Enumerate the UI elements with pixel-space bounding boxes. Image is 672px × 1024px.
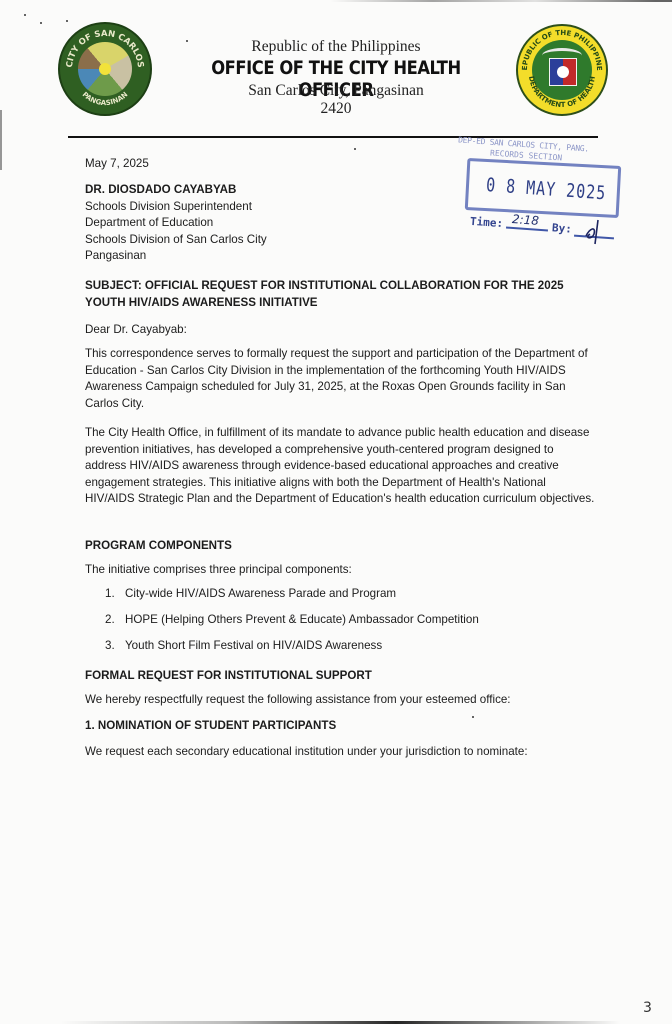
city-of-san-carlos-seal-icon: CITY OF SAN CARLOS PANGASINAN (58, 22, 152, 116)
components-intro: The initiative comprises three principal… (85, 562, 595, 579)
letterhead-city: San Carlos City, Pangasinan (170, 82, 502, 100)
section-heading-nomination: 1. NOMINATION OF STUDENT PARTICIPANTS (85, 718, 595, 735)
recipient-line: Pangasinan (85, 248, 595, 265)
svg-text:DEPARTMENT OF HEALTH: DEPARTMENT OF HEALTH (527, 75, 597, 109)
scan-edge-left (0, 110, 2, 170)
letter-page: CITY OF SAN CARLOS PANGASINAN Republic o… (0, 0, 672, 1024)
recipient-name: DR. DIOSDADO CAYABYAB (85, 182, 595, 199)
salutation: Dear Dr. Cayabyab: (85, 322, 595, 339)
subject-line: SUBJECT: OFFICIAL REQUEST FOR INSTITUTIO… (85, 278, 590, 311)
recipient-line: Department of Education (85, 215, 595, 232)
letterhead-republic: Republic of the Philippines (170, 38, 502, 56)
page-number: 3 (643, 1000, 652, 1016)
svg-text:CITY OF SAN CARLOS: CITY OF SAN CARLOS (65, 29, 145, 68)
letter-date: May 7, 2025 (85, 156, 595, 173)
svg-text:REPUBLIC OF THE PHILIPPINES: REPUBLIC OF THE PHILIPPINES (518, 26, 603, 71)
paragraph: This correspondence serves to formally r… (85, 346, 595, 412)
scan-speck (24, 14, 26, 16)
scan-speck (40, 22, 42, 24)
formal-request-intro: We hereby respectfully request the follo… (85, 692, 595, 709)
recipient-line: Schools Division of San Carlos City (85, 232, 595, 249)
nomination-intro: We request each secondary educational in… (85, 744, 595, 761)
department-of-health-seal-icon: REPUBLIC OF THE PHILIPPINES DEPARTMENT O… (516, 24, 608, 116)
letterhead-divider (68, 136, 598, 138)
section-heading-formal-request: FORMAL REQUEST FOR INSTITUTIONAL SUPPORT (85, 668, 595, 685)
section-heading-program-components: PROGRAM COMPONENTS (85, 538, 595, 555)
list-item: 3.Youth Short Film Festival on HIV/AIDS … (105, 639, 382, 652)
recipient-block: DR. DIOSDADO CAYABYAB Schools Division S… (85, 182, 595, 265)
scan-speck (66, 20, 68, 22)
letterhead-zip: 2420 (170, 100, 502, 118)
scan-edge-top (330, 0, 672, 2)
svg-text:PANGASINAN: PANGASINAN (81, 90, 130, 107)
scan-speck (354, 148, 356, 150)
recipient-line: Schools Division Superintendent (85, 199, 595, 216)
list-item: 2.HOPE (Helping Others Prevent & Educate… (105, 613, 479, 626)
paragraph: The City Health Office, in fulfillment o… (85, 425, 595, 508)
list-item: 1.City-wide HIV/AIDS Awareness Parade an… (105, 587, 396, 600)
